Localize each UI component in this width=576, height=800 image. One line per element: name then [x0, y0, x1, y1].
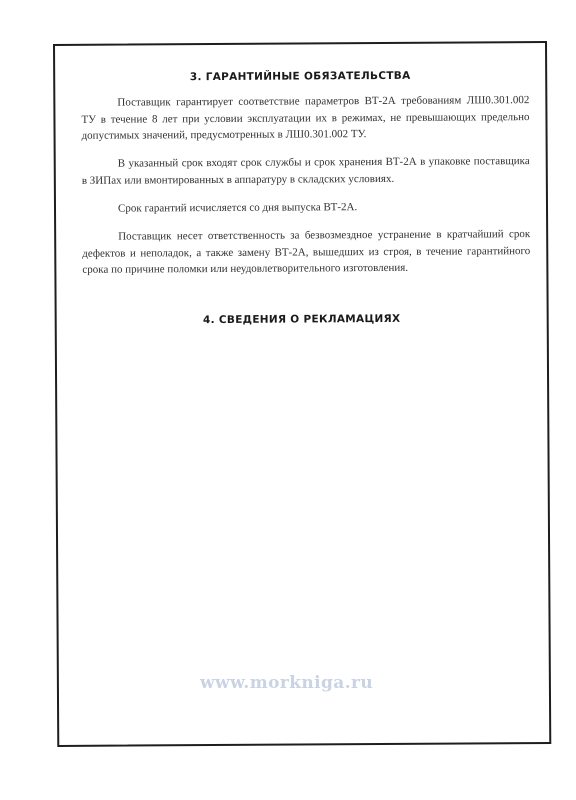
watermark-text: www.morkniga.ru — [200, 673, 373, 693]
section-3-heading: 3. ГАРАНТИЙНЫЕ ОБЯЗАТЕЛЬСТВА — [55, 69, 545, 84]
paragraph-warranty-compliance: Поставщик гарантирует соответствие парам… — [81, 92, 529, 144]
page-frame: 3. ГАРАНТИЙНЫЕ ОБЯЗАТЕЛЬСТВА Поставщик г… — [53, 41, 551, 747]
section-4-heading: 4. СВЕДЕНИЯ О РЕКЛАМАЦИЯХ — [57, 312, 547, 327]
paragraph-warranty-start: Срок гарантий исчисляется со дня выпуска… — [82, 198, 530, 217]
paragraph-supplier-liability: Поставщик несет ответственность за безво… — [82, 226, 530, 278]
paragraph-warranty-period-scope: В указанный срок входят срок службы и ср… — [82, 153, 530, 189]
